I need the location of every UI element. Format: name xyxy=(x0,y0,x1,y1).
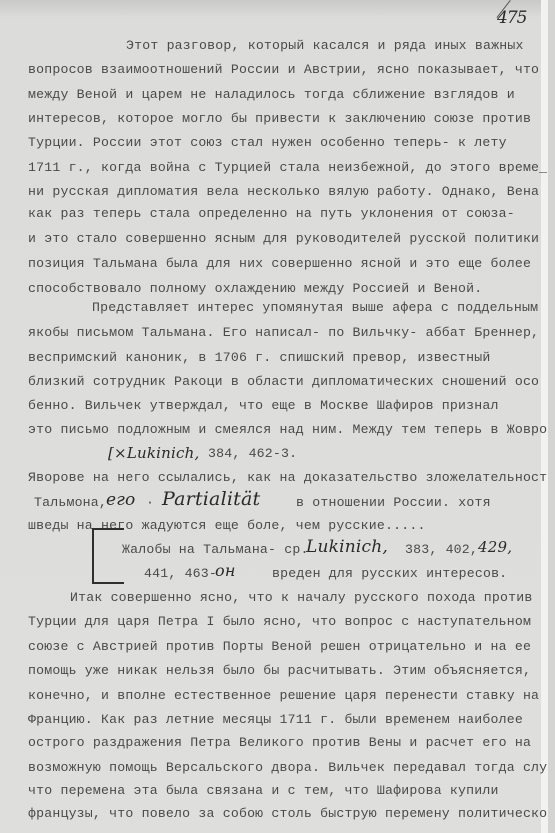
annotation-on: он xyxy=(215,561,236,580)
text-line-7: ни русская дипломатия вела несколько вял… xyxy=(28,184,539,199)
text-line-6: 1711 г., когда война с Турцией стала неи… xyxy=(28,160,547,175)
footnote-bracket xyxy=(92,528,124,584)
text-line-13: якобы письмом Тальмана. Его написал- по … xyxy=(28,325,539,340)
bullet: · xyxy=(146,495,154,510)
annotation-partialitat: Partialität xyxy=(162,488,260,510)
footnote-line-1a: Жалобы на Тальмана- ср. xyxy=(122,542,309,557)
text-line-24: помощь уже никак нельзя было бы расчитыв… xyxy=(28,663,531,678)
footnote-line-2a: 441, 463- xyxy=(144,566,217,581)
document-page: 475 Этот разговор, который касался и ряд… xyxy=(0,0,548,833)
text-line-19a: Тальмона, xyxy=(34,495,107,510)
text-line-20: шведы на него жадуются еще боле, чем рус… xyxy=(28,518,426,533)
annotation-ego: его xyxy=(106,490,136,510)
text-line-4: интересов, которое могло бы привести к з… xyxy=(28,111,531,126)
text-line-15: близкий сотрудник Ракоци в области дипло… xyxy=(28,374,539,389)
text-line-27: острого раздражения Петра Великого проти… xyxy=(28,735,531,750)
text-line-25: конечно, и вполне естественное решение ц… xyxy=(28,688,539,703)
footnote-line-2b: вреден для русских интересов. xyxy=(272,566,507,581)
text-line-19b: в отношении России. хотя xyxy=(296,495,491,510)
text-line-16: бенно. Вильчек утверждал, что еще в Моск… xyxy=(28,398,499,413)
text-line-18: Яворове на него ссылались, как на доказа… xyxy=(28,470,547,485)
text-line-1: Этот разговор, который касался и ряда ин… xyxy=(126,38,524,53)
text-line-3: между Веной и царем не наладилось тогда … xyxy=(28,87,515,102)
text-line-9: и это стало совершенно ясным для руковод… xyxy=(28,231,539,246)
text-line-26: Францию. Как раз летние месяцы 1711 г. б… xyxy=(28,712,523,727)
citation-lukinich-2: Lukinich, xyxy=(306,537,388,557)
text-line-14: веспримский каноник, в 1706 г. спишский … xyxy=(28,350,491,365)
text-line-22: Турции для царя Петра I было ясно, что в… xyxy=(28,614,531,629)
text-line-10: позиция Тальмана была для них совершенно… xyxy=(28,256,531,271)
citation-lukinich-1: [×Lukinich, xyxy=(108,444,199,462)
text-line-17: это письмо подложным и смеялся над ним. … xyxy=(28,422,548,437)
text-line-8: как раз теперь стала определенно на путь… xyxy=(28,206,515,221)
text-line-30: французы, что повело за собою столь быст… xyxy=(28,806,548,821)
text-line-2: вопросов взаимоотношений России и Австри… xyxy=(28,62,539,77)
text-line-28: возможную помощь Версальского двора. Вил… xyxy=(28,760,548,775)
text-line-12: Представляет интерес упомянутая выше афе… xyxy=(92,300,538,315)
page-number: 475 xyxy=(497,8,526,28)
text-line-11: способствовало полному охлаждению между … xyxy=(28,281,482,296)
citation-pages-1: 384, 462-3. xyxy=(208,446,297,461)
text-line-21: Итак совершенно ясно, что к началу русск… xyxy=(70,590,533,605)
footnote-pages: 383, 402, xyxy=(405,542,478,557)
text-line-5: Турции. России этот союз стал нужен особ… xyxy=(28,135,507,150)
page-edge xyxy=(541,0,548,833)
text-line-23: союзе с Австрией против Порты Веной реше… xyxy=(28,639,531,654)
text-line-29: что перемена эта была связана и с тем, ч… xyxy=(28,783,499,798)
citation-extra-page: 429, xyxy=(478,538,512,556)
